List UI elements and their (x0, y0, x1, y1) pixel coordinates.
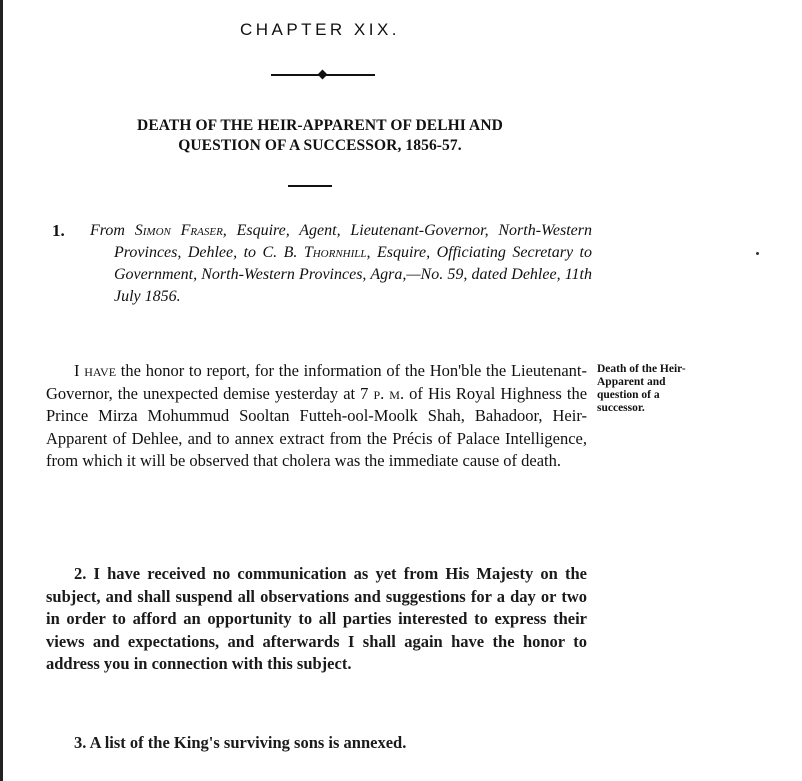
page-left-border (0, 0, 3, 781)
from-prefix: From (90, 222, 135, 239)
letter-header-text: From Simon Fraser, Esquire, Agent, Lieut… (90, 220, 592, 308)
letter-number: 1. (52, 220, 65, 242)
paragraph-1: I have the honor to report, for the info… (46, 360, 587, 473)
section-rule (288, 185, 332, 187)
letter-header: 1. From Simon Fraser, Esquire, Agent, Li… (52, 220, 592, 308)
paragraph-3: 3. A list of the King's surviving sons i… (46, 732, 587, 755)
p1-small-caps: have (84, 361, 116, 380)
recipient-name: C. B. Thornhill (262, 244, 366, 261)
chapter-title: DEATH OF THE HEIR-APPARENT OF DELHI AND … (60, 116, 580, 156)
p1-lead: I (74, 361, 84, 380)
chapter-title-line-1: DEATH OF THE HEIR-APPARENT OF DELHI AND (60, 116, 580, 136)
chapter-heading: CHAPTER XIX. (0, 20, 640, 40)
paragraph-2: 2. I have received no communication as y… (46, 563, 587, 676)
p1-time: p. m. (373, 384, 404, 403)
diamond-ornament-icon (318, 70, 328, 80)
sender-name: Simon Fraser (135, 222, 223, 239)
chapter-title-line-2: QUESTION OF A SUCCESSOR, 1856-57. (60, 136, 580, 156)
margin-sidenote: Death of the Heir-Apparent and question … (597, 363, 692, 415)
scan-speck (756, 252, 759, 255)
ornamental-divider (271, 72, 375, 78)
